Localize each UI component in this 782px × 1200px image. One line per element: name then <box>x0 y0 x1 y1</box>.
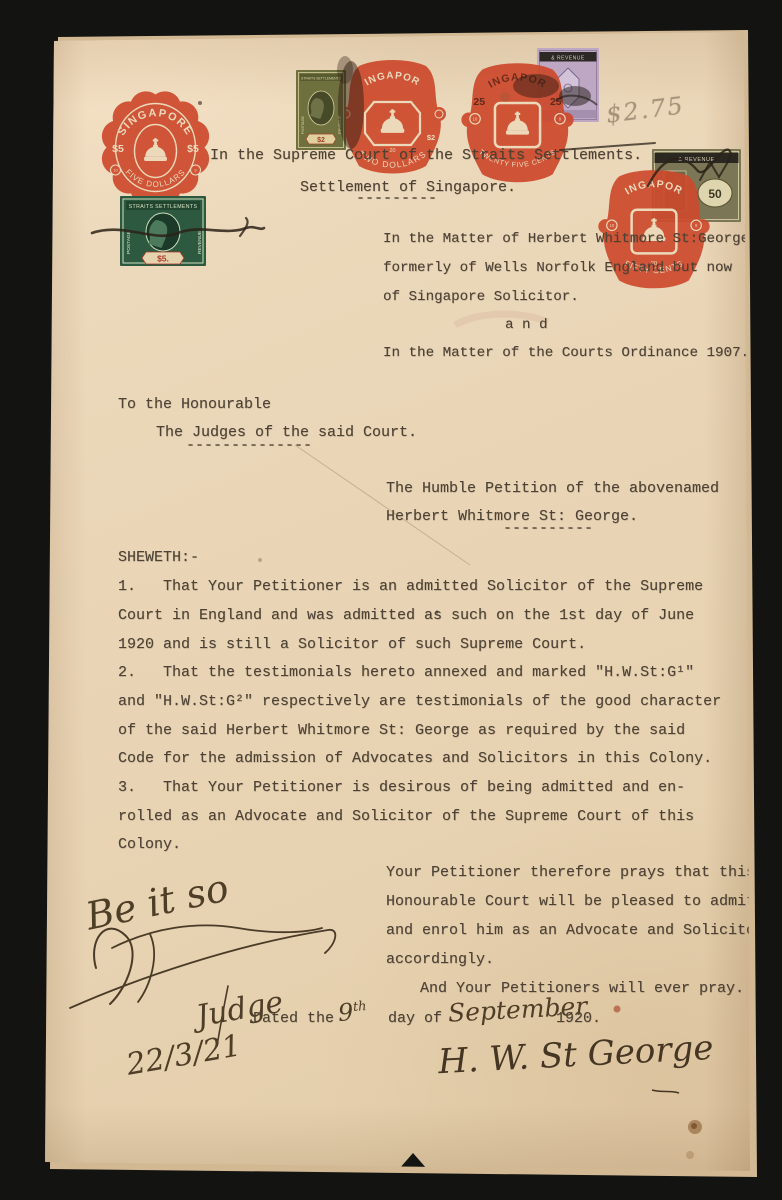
prayer-line: Your Petitioner therefore prays that thi… <box>386 864 755 881</box>
signature-underline <box>652 1090 679 1093</box>
prayer-line: and enrol him as an Advocate and Solicit… <box>386 922 764 939</box>
matter-line: In the Matter of the Courts Ordinance 19… <box>383 345 749 361</box>
sheweth-label: SHEWETH:- <box>118 549 199 566</box>
matter-line: formerly of Wells Norfolk England but no… <box>383 260 732 276</box>
body-line: Colony. <box>118 836 181 853</box>
day-suffix: th <box>352 999 367 1015</box>
body-line: Court in England and was admitted as suc… <box>118 607 694 624</box>
prayer-line: Honourable Court will be pleased to admi… <box>386 893 755 910</box>
court-heading-line: In the Supreme Court of the Straits Sett… <box>210 147 642 164</box>
typed-rule: --------- <box>356 190 437 207</box>
matter-line: of Singapore Solicitor. <box>383 289 579 305</box>
address-line: To the Honourable <box>118 396 271 413</box>
body-line: and "H.W.St:G²" respectively are testimo… <box>118 693 721 710</box>
body-line: 1. That Your Petitioner is an admitted S… <box>118 578 703 595</box>
typed-rule: ---------- <box>503 520 593 537</box>
paper-crease <box>295 445 470 565</box>
body-line: 2. That the testimonials hereto annexed … <box>118 664 694 681</box>
dated-day-handwritten: 9th <box>337 997 368 1027</box>
photo-background: SINGAPORE $5 $5 FIVE DOLLARS 10 9 ST <box>0 0 782 1200</box>
dated-mid: day of <box>388 1010 442 1027</box>
body-line: 1920 and is still a Solicitor of such Su… <box>118 636 586 653</box>
body-line: Code for the admission of Advocates and … <box>118 750 712 767</box>
petition-document: SINGAPORE $5 $5 FIVE DOLLARS 10 9 ST <box>0 0 782 1200</box>
prayer-line: accordingly. <box>386 951 494 968</box>
petition-heading-line: The Humble Petition of the abovenamed <box>386 480 719 497</box>
body-line: rolled as an Advocate and Solicitor of t… <box>118 808 694 825</box>
handstamp-smudges <box>337 56 597 149</box>
conjunction-line: a n d <box>505 317 548 333</box>
matter-line: In the Matter of Herbert Whitmore St:Geo… <box>383 231 749 247</box>
typed-rule: -------------- <box>186 437 312 454</box>
body-line: of the said Herbert Whitmore St: George … <box>118 722 685 739</box>
body-line: 3. That Your Petitioner is desirous of b… <box>118 779 685 796</box>
